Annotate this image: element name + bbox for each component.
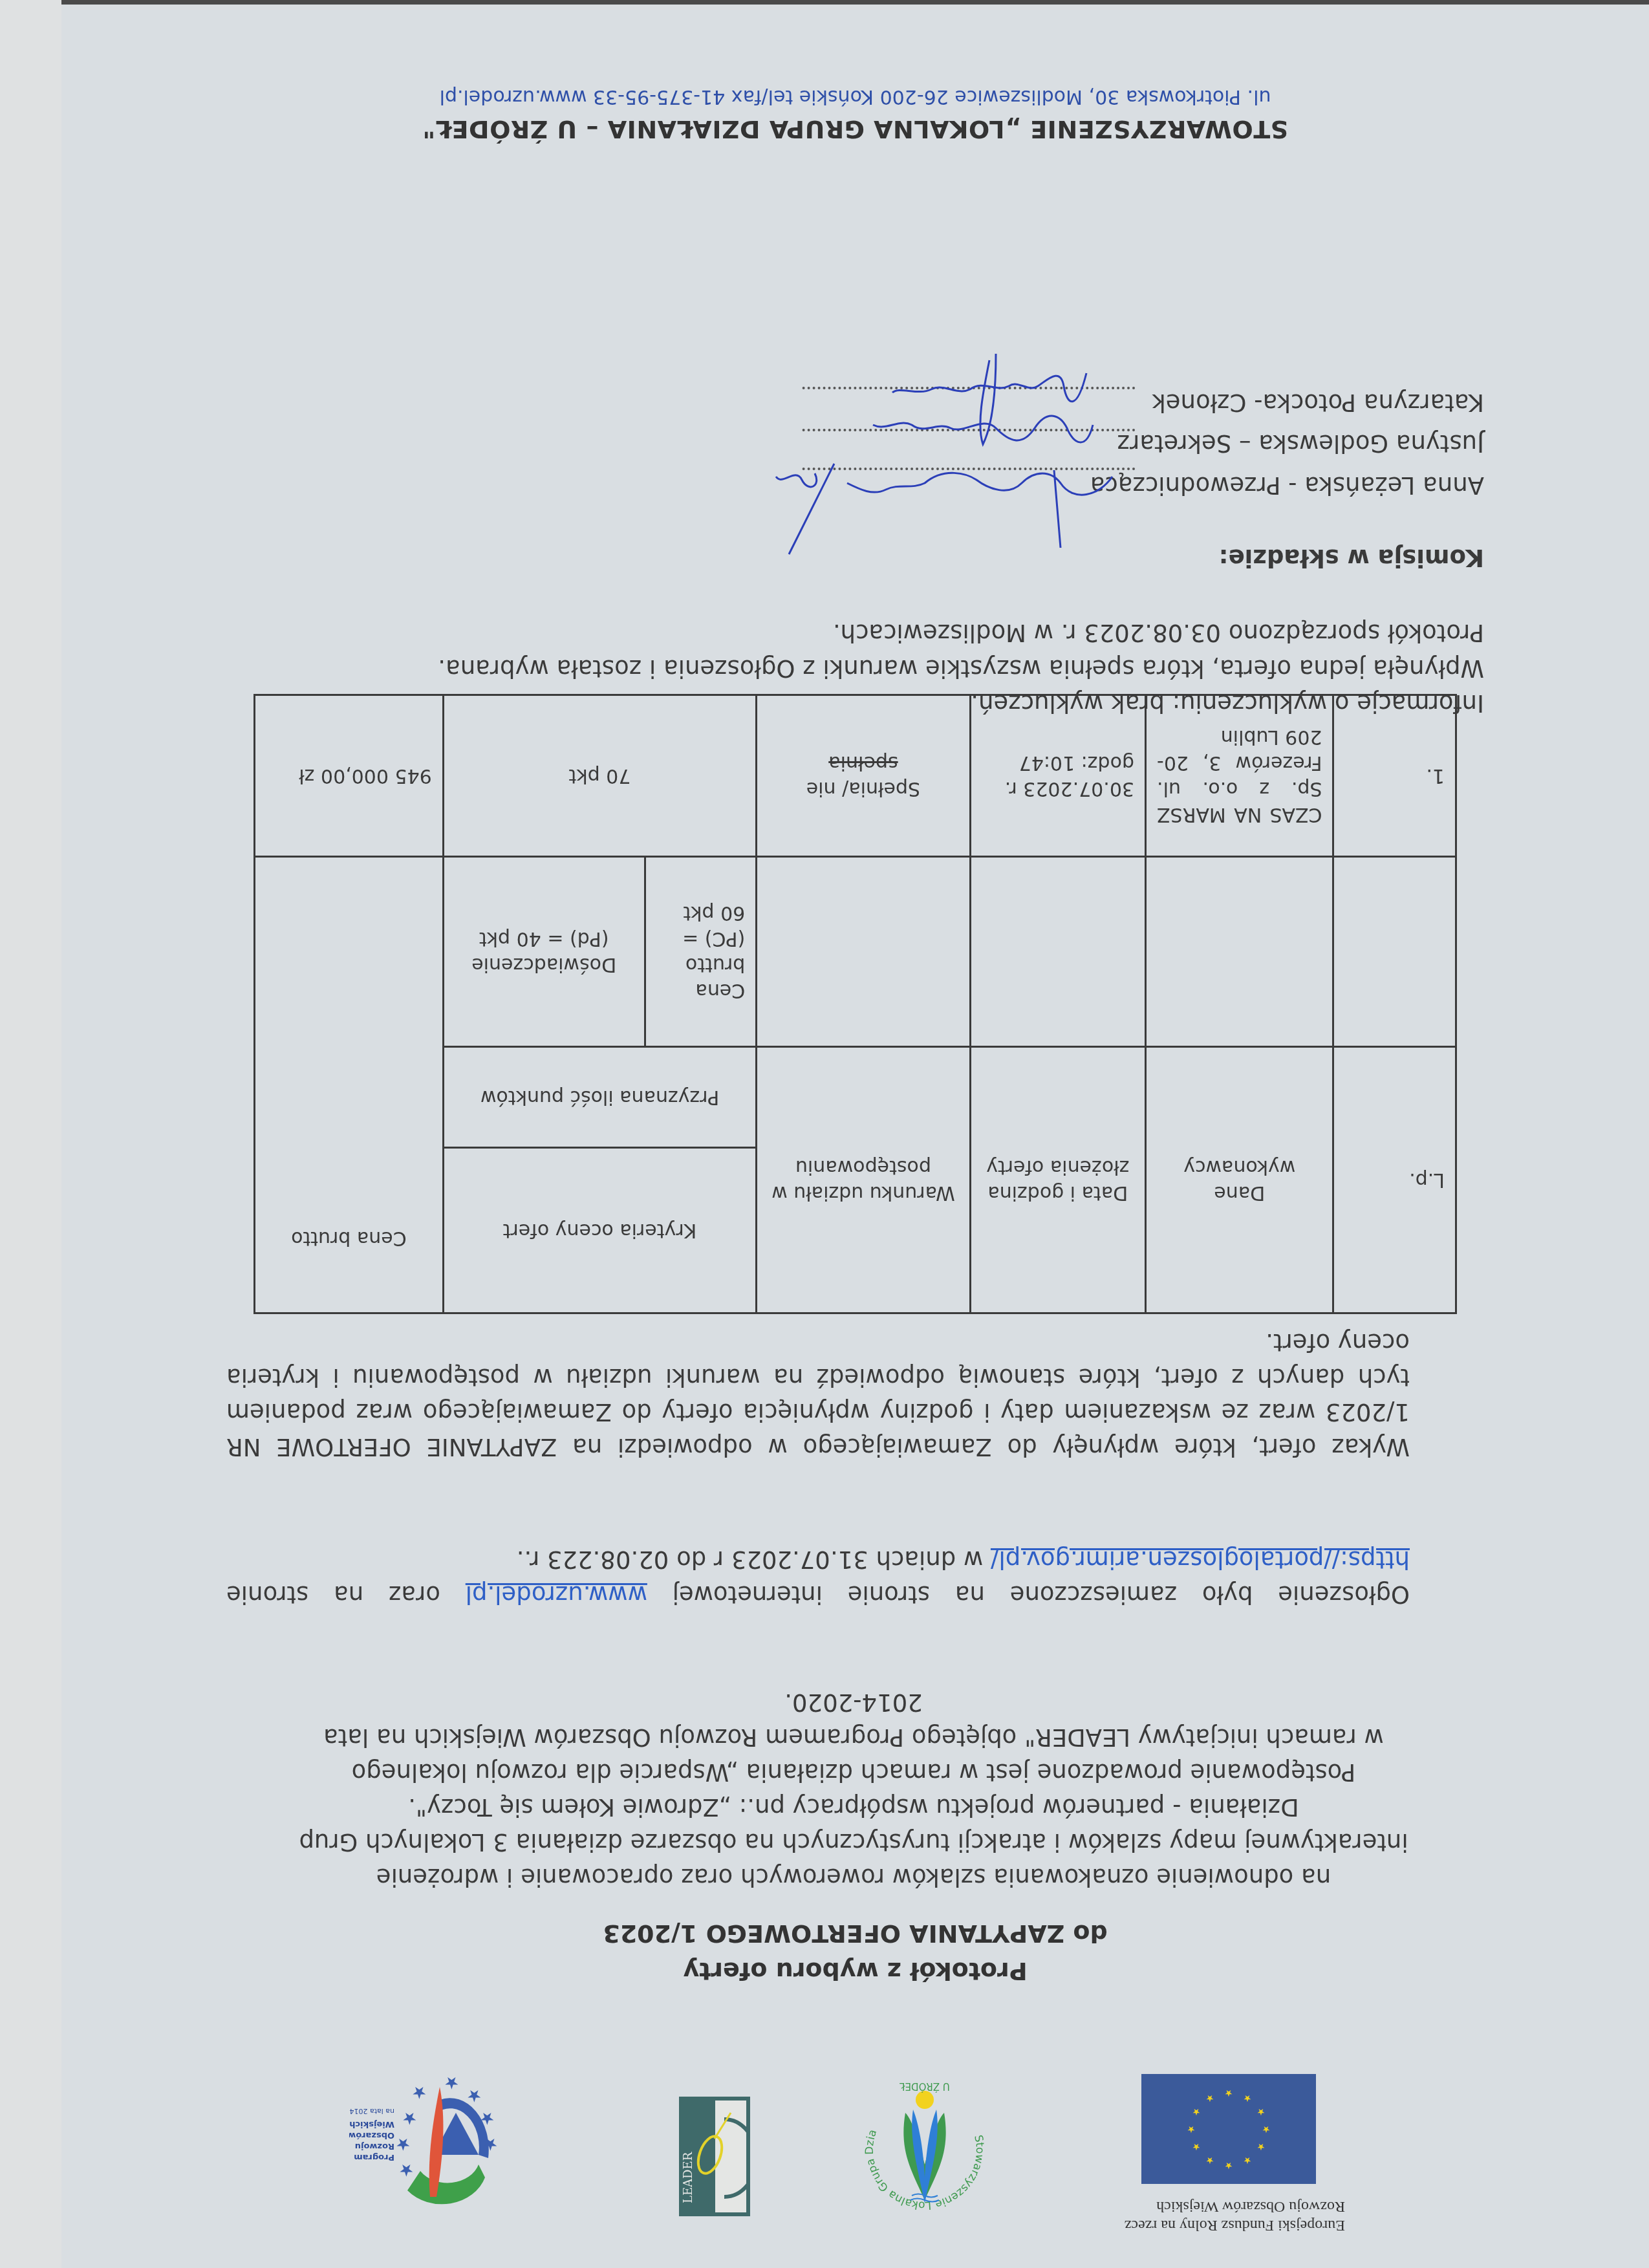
header-price-criterion: Cena brutto (PC) = 60 pkt (645, 857, 757, 1047)
member-chair: Anna Leżańska - Przewodnicząca (1090, 471, 1484, 499)
commission-heading: Komisja w składzie: (1219, 540, 1484, 575)
eu-fund-caption: Europejski Fundusz Rolny na rzecz Rozwoj… (1073, 2197, 1345, 2234)
not-meets-struck-label: spełnia (828, 752, 898, 775)
intro-line: w ramach inicjatywy LEADER" objętego Pro… (272, 1720, 1436, 1755)
svg-text:na lata 2014-2020: na lata 2014-2020 (349, 2107, 394, 2115)
header-points-awarded: Przyznana ilość punktów (443, 1047, 757, 1148)
svg-text:★: ★ (467, 2086, 482, 2105)
document-subtitle: do ZAPYTANIA OFERTOWEGO 1/2023 (61, 1919, 1649, 1948)
prow-2014-2020-logo-icon: ★★★ ★★★ ★★ Program Rozwoju Obszarów Wiej… (349, 2074, 498, 2216)
svg-text:★: ★ (396, 2134, 411, 2154)
header-conditions: Warunku udziału w postępowaniu (757, 1047, 970, 1313)
leader-logo-icon: LEADER (679, 2097, 750, 2216)
intro-line: 2014-2020. (272, 1685, 1436, 1720)
header-gross-price: Cena brutto (255, 857, 444, 1313)
footer-address: ul. Piotrkowska 30, Modliszewice 26-200 … (61, 85, 1649, 108)
footer-organization: STOWARZYSZENIE „LOKALNA GRUPA DZIAŁANIA … (61, 115, 1649, 144)
svg-text:Rozwoju: Rozwoju (355, 2141, 394, 2151)
publication-text: oraz na stronie (226, 1581, 466, 1608)
lgd-u-zrodel-logo-icon: Stowarzyszenie Lokalna Grupa Działania U… (860, 2080, 989, 2229)
selection-info: Wpłynęła jedna oferta, która spełnia wsz… (255, 651, 1484, 686)
offers-table: L.p. Dane wykonawcy Data i godzina złoże… (253, 694, 1457, 1314)
scan-margin (0, 0, 61, 2268)
intro-line: na odnowienie oznakowania szlaków rowero… (272, 1859, 1436, 1894)
portal-ogloszen-link[interactable]: https://portalogloszen.arimr.gov.pl/ (991, 1546, 1410, 1573)
svg-text:★: ★ (444, 2074, 459, 2092)
svg-text:U ŹRÓDEŁ: U ŹRÓDEŁ (900, 2080, 950, 2093)
publication-paragraph: Ogłoszenie było zamieszczone na stronie … (226, 1542, 1410, 1612)
header-lp: L.p. (1333, 1047, 1456, 1313)
scanned-page-rotated: Europejski Fundusz Rolny na rzecz Rozwoj… (0, 0, 1649, 2268)
svg-text:★: ★ (483, 2134, 498, 2154)
intro-line: Postępowanie prowadzone jest w ramach dz… (272, 1755, 1436, 1789)
svg-text:★: ★ (412, 2082, 427, 2102)
meets-label: Spełnia/ nie (806, 778, 920, 801)
protocol-date: Protokół sporządzono 03.08.2023 r. w Mod… (255, 615, 1484, 650)
member-secretary: Justyna Godlewska – Sekretarz (1117, 429, 1484, 457)
eu-caption-line-1: Europejski Fundusz Rolny na rzecz (1073, 2216, 1345, 2234)
svg-text:★: ★ (402, 2108, 417, 2128)
offers-intro-paragraph: Wykaz ofert, które wpłynęły do Zamawiają… (226, 1324, 1410, 1464)
document-title: Protokół z wyboru oferty (61, 1957, 1649, 1985)
svg-text:★: ★ (399, 2160, 414, 2179)
publication-text: Ogłoszenie było zamieszczone na stronie … (647, 1581, 1410, 1608)
intro-paragraph: na odnowienie oznakowania szlaków rowero… (272, 1685, 1436, 1894)
svg-text:★: ★ (480, 2108, 495, 2128)
handwritten-signatures-icon (698, 347, 1138, 561)
eu-flag-icon: ★ ★ ★ ★ ★ ★ ★ ★ ★ ★ ★ ★ (1141, 2074, 1316, 2184)
publication-text: w dniach 31.07.2023 r do 02.08.223 r.. (517, 1546, 991, 1573)
uzrodel-link[interactable]: www.uzrodel.pl (466, 1581, 647, 1608)
exclusion-info: Informacje o wykluczeniu: brak wykluczeń… (255, 686, 1484, 720)
svg-text:Program: Program (354, 2152, 394, 2162)
svg-text:Obszarów: Obszarów (349, 2130, 394, 2140)
intro-line: interaktywnej mapy szlaków i atrakcji tu… (272, 1824, 1436, 1859)
intro-line: Działania - partnerów projektu współprac… (272, 1789, 1436, 1824)
header-criteria: Kryteria oceny ofert (443, 1148, 757, 1313)
member-member: Katarzyna Potocka- Członek (1152, 389, 1484, 416)
header-experience-criterion: Doświadczenie (Pd) = 40 pkt (443, 857, 645, 1047)
header-contractor: Dane wykonawcy (1146, 1047, 1333, 1313)
eu-caption-line-2: Rozwoju Obszarów Wiejskich (1073, 2197, 1345, 2216)
document-page: Europejski Fundusz Rolny na rzecz Rozwoj… (61, 5, 1649, 2268)
header-date: Data i godzina złożenia oferty (970, 1047, 1145, 1313)
svg-text:Wiejskich: Wiejskich (349, 2119, 394, 2129)
svg-text:LEADER: LEADER (682, 2152, 695, 2203)
